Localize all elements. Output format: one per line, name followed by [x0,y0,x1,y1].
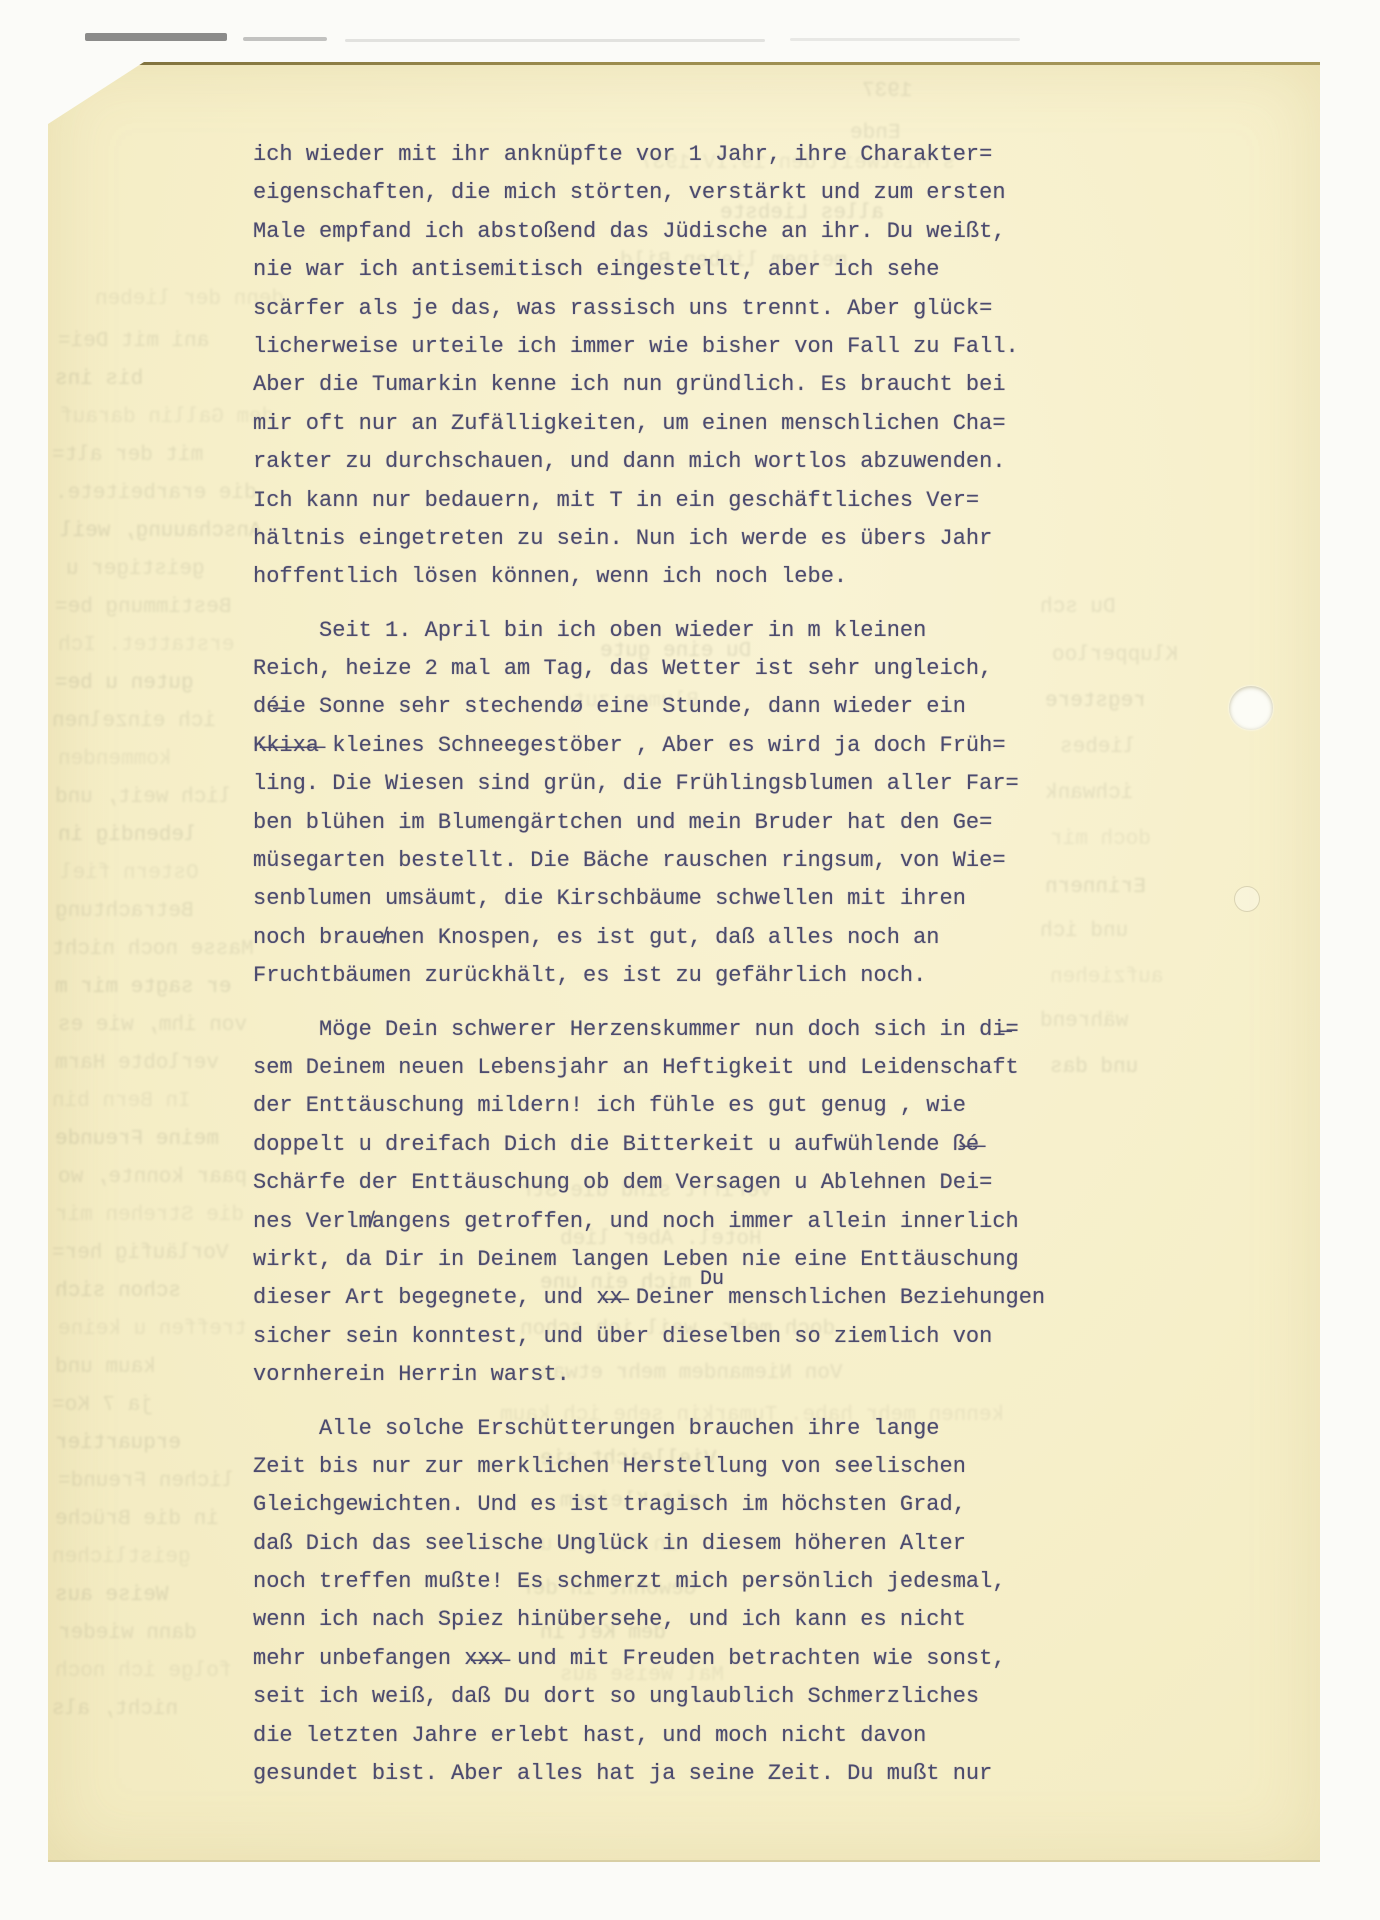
bleedthrough-text: In Bern bin [52,1090,191,1113]
typed-line: Fruchtbäumen zurückhält, es ist zu gefäh… [253,957,1313,995]
typed-line: hoffentlich lösen können, wenn ich noch … [253,558,1313,596]
bleedthrough-text: Ostern fiel [60,862,199,885]
bleedthrough-text: in die Brüche [55,1508,219,1531]
bleedthrough-text: mit der alt= [52,444,203,467]
typed-line: Seit 1. April bin ich oben wieder in m k… [253,612,1313,650]
typed-line: senblumen umsäumt, die Kirschbäume schwe… [253,880,1313,918]
typed-line: nes Verlm̸angens getroffen, und noch imm… [253,1203,1313,1241]
scanner-mark [790,38,1020,41]
paper-sheet: 1937Endes Mistweil den 19.IV.1937alles L… [48,62,1320,1862]
typed-line: Aber die Tumarkin kenne ich nun gründlic… [253,366,1313,404]
typed-line: der Enttäuschung mildern! ich fühle es g… [253,1087,1313,1125]
paper-top-edge [134,62,1320,65]
typed-line: noch treffen mußte! Es schmerzt mich per… [253,1563,1313,1601]
bleedthrough-text: Anschauung, weil [60,520,262,543]
interlinear-insertion: Du [700,1270,724,1290]
bleedthrough-text: lichen Freund= [58,1470,234,1493]
paper-bottom-edge [48,1860,1320,1862]
paragraph: ich wieder mit ihr anknüpfte vor 1 Jahr,… [253,136,1313,597]
scanner-mark [345,39,765,42]
bleedthrough-text: guten u be= [55,672,194,695]
typed-line: Alle solche Erschütterungen brauchen ihr… [253,1410,1313,1448]
typed-line: licherweise urteile ich immer wie bisher… [253,328,1313,366]
typed-line: sem Deinem neuen Lebensjahr an Heftigkei… [253,1049,1313,1087]
typed-line: sicher sein konntest, und über dieselben… [253,1318,1313,1356]
bleedthrough-text: dem Gallin darauf [60,406,274,429]
typed-line: wirkt, da Dir in Deinem langen Leben nie… [253,1241,1313,1279]
bleedthrough-text: Weise aus [55,1584,168,1607]
typed-line: Möge Dein schwerer Herzenskummer nun doc… [253,1011,1313,1049]
typed-line: Reich, heize 2 mal am Tag, das Wetter is… [253,650,1313,688]
bleedthrough-text: 1937 [862,80,912,103]
bleedthrough-text: kaum und [55,1356,156,1379]
bleedthrough-text: Betrachtung [55,900,194,923]
typed-line: scärfer als je das, was rassisch uns tre… [253,290,1313,328]
bleedthrough-text: Masse noch nicht [52,938,254,961]
bleedthrough-text: er sagte mir m [55,976,231,999]
typed-line: rakter zu durchschauen, und dann mich wo… [253,443,1313,481]
scanner-mark [85,33,227,41]
bleedthrough-text: die Strehen mir [55,1204,244,1227]
typed-line: Ich kann nur bedauern, mit T in ein gesc… [253,482,1313,520]
bleedthrough-text: verlobte Harm [55,1052,219,1075]
typed-line: ling. Die Wiesen sind grün, die Frühling… [253,765,1313,803]
bleedthrough-text: geistiger u [66,558,205,581]
bleedthrough-text: paar konnte, wo [58,1166,247,1189]
typed-line: mir oft nur an Zufälligkeiten, um einen … [253,405,1313,443]
typed-line: dé̶ie Sonne sehr stechendø eine Stunde, … [253,688,1313,726]
bleedthrough-text: bis ins [55,368,143,391]
typed-line: K̶k̶i̶x̶a̶ kleines Schneegestöber , Aber… [253,727,1313,765]
bleedthrough-text: erquartier [55,1432,181,1455]
typed-line: doppelt u dreifach Dich die Bitterkeit u… [253,1126,1313,1164]
bleedthrough-text: Bestimmung be= [55,596,231,619]
typed-line: wenn ich nach Spiez hinübersehe, und ich… [253,1601,1313,1639]
bleedthrough-text: erstattet. Ich [58,634,234,657]
typed-line: ich wieder mit ihr anknüpfte vor 1 Jahr,… [253,136,1313,174]
typed-line: Male empfand ich abstoßend das Jüdische … [253,213,1313,251]
typed-line: Gleichgewichten. Und es ist tragisch im … [253,1486,1313,1524]
typed-line: daß Dich das seelische Unglück in diesem… [253,1525,1313,1563]
bleedthrough-text: ani mit Dei= [58,330,209,353]
bleedthrough-text: dann wieder [58,1622,197,1645]
bleedthrough-text: lich weit, und [55,786,231,809]
paragraph: Seit 1. April bin ich oben wieder in m k… [253,612,1313,996]
typed-line: seit ich weiß, daß Du dort so unglaublic… [253,1678,1313,1716]
scanner-mark [243,37,327,41]
bleedthrough-text: nicht, als [52,1698,178,1721]
typed-line: gesundet bist. Aber alles hat ja seine Z… [253,1755,1313,1793]
typed-line: die letzten Jahre erlebt hast, und moch … [253,1717,1313,1755]
paragraph: Alle solche Erschütterungen brauchen ihr… [253,1410,1313,1794]
typed-line: müsegarten bestellt. Die Bäche rauschen … [253,842,1313,880]
typed-line: ben blühen im Blumengärtchen und mein Br… [253,804,1313,842]
typed-line: vornherein Herrin warst. [253,1356,1313,1394]
typed-line: eigenschaften, die mich störten, verstär… [253,174,1313,212]
bleedthrough-text: kommenden [58,748,171,771]
bleedthrough-text: meine Freunde [55,1128,219,1151]
typed-line: hältnis eingetreten zu sein. Nun ich wer… [253,520,1313,558]
typed-line: Zeit bis nur zur merklichen Herstellung … [253,1448,1313,1486]
letter-body: ich wieder mit ihr anknüpfte vor 1 Jahr,… [253,136,1313,1793]
bleedthrough-text: treffen u keine [58,1318,247,1341]
typed-line: nie war ich antisemitisch eingestellt, a… [253,251,1313,289]
bleedthrough-text: lebendig in [58,824,197,847]
bleedthrough-text: geistlichen [52,1546,191,1569]
typed-line: noch braue̸nen Knospen, es ist gut, daß … [253,919,1313,957]
scanned-page: 1937Endes Mistweil den 19.IV.1937alles L… [0,0,1380,1920]
bleedthrough-text: ich einzelnen [52,710,216,733]
bleedthrough-text: schon sich [55,1280,181,1303]
typed-line: mehr unbefangen x̶x̶x̶ und mit Freuden b… [253,1640,1313,1678]
bleedthrough-text: von ihm, wie es [58,1014,247,1037]
bleedthrough-text: Vorläufig her= [52,1242,228,1265]
typed-line: Schärfe der Enttäuschung ob dem Versagen… [253,1164,1313,1202]
paragraph: Möge Dein schwerer Herzenskummer nun doc… [253,1011,1313,1395]
typed-line: dieser Art begegnete, und x̶x̶ Deiner me… [253,1279,1313,1317]
bleedthrough-text: die erarbeitete. [55,482,257,505]
bleedthrough-text: folge ich noch [55,1660,231,1683]
bleedthrough-text: ja 7 Ko= [52,1394,153,1417]
